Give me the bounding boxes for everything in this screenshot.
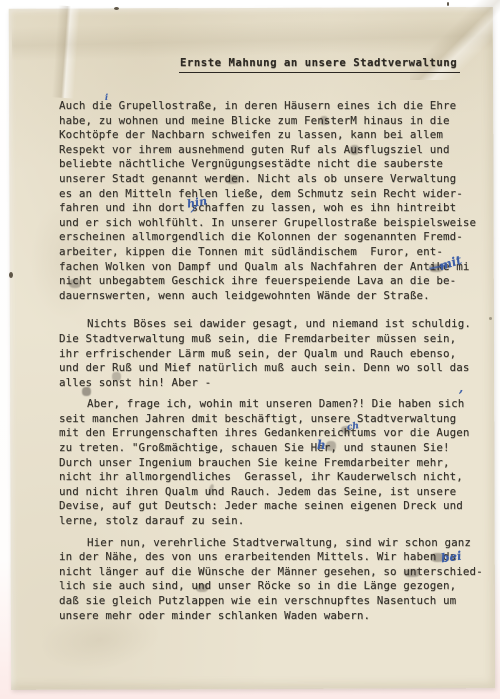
typed-line: Durch unser Ingenium brauchen Sie keine …: [59, 456, 471, 471]
typed-line: zu treten. "Großmächtige, schauen Sie He…: [59, 441, 471, 456]
typed-line: und nicht ihren Qualm und Rauch. Jedem d…: [59, 485, 471, 500]
ink-blot: [112, 372, 121, 381]
typed-line: und er sich wohlfühlt. In unserer Grupel…: [59, 216, 471, 231]
document-body: Auch die Grupellostraße, in deren Häuser…: [59, 99, 471, 623]
ink-blot: [196, 584, 208, 592]
typed-line: ihr erfrischender Lärm muß sein, der Qua…: [59, 347, 471, 362]
ink-blot: [320, 116, 328, 125]
ink-blot: [82, 387, 91, 396]
typed-line: arbeiter, kippen die Tonnen mit südländi…: [59, 245, 471, 260]
pen-correction-ch: ch: [346, 421, 359, 433]
typed-line: Auch die Grupellostraße, in deren Häuser…: [59, 99, 471, 114]
scanned-document-page: Ernste Mahnung an unsere Stadtverwaltung…: [0, 0, 500, 699]
ink-blot: [69, 279, 81, 288]
typed-line: unserer Stadt genannt werden. Nicht als …: [59, 172, 471, 187]
typed-line: unsere mehr oder minder schlanken Waden …: [59, 609, 471, 624]
pen-comma: ,: [459, 381, 463, 395]
typed-line: habe, zu wohnen und meine Blicke zum Fen…: [59, 114, 471, 129]
typed-line: Kochtöpfe der Nachbarn schweifen zu lass…: [59, 128, 471, 143]
typed-line: Hier nun, verehrliche Stadtverwaltung, s…: [59, 536, 471, 551]
typed-line: Respekt vor ihrem ausnehmend guten Ruf a…: [59, 143, 471, 158]
typed-line: nicht ihr allmorgendliches Gerassel, ihr…: [59, 470, 471, 485]
pen-correction-h: h: [317, 438, 326, 452]
typed-line: dauernswerten, wenn auch leidgewohnten W…: [59, 289, 471, 304]
typed-line: fahren und ihn dort schaffen zu lassen, …: [59, 201, 471, 216]
edge-speck: [114, 7, 119, 10]
typed-line: lerne, stolz darauf zu sein.: [59, 514, 471, 529]
ink-blot: [326, 441, 336, 451]
typed-line: in der Nähe, des von uns erarbeitenden M…: [59, 550, 471, 565]
paragraph-4: Hier nun, verehrliche Stadtverwaltung, s…: [59, 536, 471, 624]
pen-correction-i: i: [105, 92, 108, 102]
typed-line: erscheinen allmorgendlich die Kolonnen d…: [59, 230, 471, 245]
ink-blot: [404, 569, 420, 577]
typed-line: fachen Wolken von Dampf und Qualm als Na…: [59, 260, 471, 275]
typed-line: seit manchen Jahren dmit beschäftigt, un…: [59, 412, 471, 427]
edge-speck: [489, 317, 492, 320]
typed-line: lich sie auch sind, und unser Röcke so i…: [59, 579, 471, 594]
typed-line: nicht unbegabtem Geschick ihre feuerspei…: [59, 274, 471, 289]
paragraph-1: Auch die Grupellostraße, in deren Häuser…: [59, 99, 471, 303]
edge-speck: [447, 2, 449, 6]
paragraph-3: Aber, frage ich, wohin mit unseren Damen…: [59, 397, 471, 528]
typed-line: beliebte nächtliche Vergnügungsestädte n…: [59, 157, 471, 172]
pen-insertion-bei: bei: [440, 549, 462, 566]
typed-line: Die Stadtverwaltung muß sein, die Fremda…: [59, 332, 471, 347]
document-title: Ernste Mahnung an unsere Stadtverwaltung: [179, 57, 460, 73]
typed-line: mit den Errungenschaften ihres Gedankenr…: [59, 426, 471, 441]
ink-blot: [225, 175, 240, 184]
typed-line: es an den Mitteln fehlen ließe, dem Schm…: [59, 187, 471, 202]
typed-line: Devise, auf gut Deutsch: Jeder mache sei…: [59, 499, 471, 514]
typed-line: daß sie gleich Putzlappen wie ein versch…: [59, 594, 471, 609]
ink-blot: [350, 145, 359, 155]
typed-line: Aber, frage ich, wohin mit unseren Damen…: [59, 397, 471, 412]
paragraph-2: Nichts Böses sei dawider gesagt, und nie…: [59, 317, 471, 390]
typed-line: Nichts Böses sei dawider gesagt, und nie…: [59, 317, 471, 332]
edge-speck: [9, 272, 13, 278]
